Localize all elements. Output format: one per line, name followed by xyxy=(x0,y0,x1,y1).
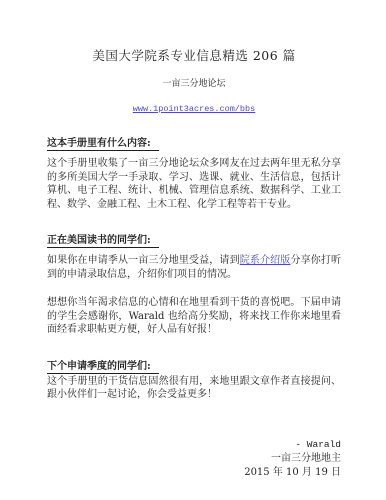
section-contents: 这本手册里有什么内容: 这个手册里收集了一亩三分地论坛众多网友在过去两年里无私分… xyxy=(47,131,341,211)
section-applying-body: 这个手册里的干货信息固然很有用，来地里跟文章作者直接提问、跟小伙伴们一起讨论，你… xyxy=(47,375,341,402)
section-contents-heading: 这本手册里有什么内容: xyxy=(47,137,159,151)
section-contents-body: 这个手册里收集了一亩三分地论坛众多网友在过去两年里无私分享的多所美国大学一手录取… xyxy=(47,157,341,211)
section-studying-para1: 如果你在申请季从一亩三分地里受益，请到院系介绍版分享你打听到的申请录取信息，介绍… xyxy=(47,254,341,281)
section-applying: 下个申请季度的同学们: 这个手册里的干货信息固然很有用，来地里跟文章作者直接提问… xyxy=(47,354,341,402)
section-applying-heading: 下个申请季度的同学们: xyxy=(47,360,159,374)
document-page: 美国大学院系专业信息精选 206 篇 一亩三分地论坛 www.1point3ac… xyxy=(0,0,386,500)
signature-block: - Warald 一亩三分地地主 2015 年 10 月 19 日 xyxy=(47,438,341,480)
section-studying-heading: 正在美国读书的同学们: xyxy=(47,234,159,248)
link-row: www.1point3acres.com/bbs xyxy=(47,96,341,115)
signature-role: 一亩三分地地主 xyxy=(47,452,341,466)
signature-date: 2015 年 10 月 19 日 xyxy=(47,466,341,480)
document-title: 美国大学院系专业信息精选 206 篇 xyxy=(47,46,341,64)
forum-url-link[interactable]: www.1point3acres.com/bbs xyxy=(133,104,255,114)
document-content: 美国大学院系专业信息精选 206 篇 一亩三分地论坛 www.1point3ac… xyxy=(47,46,341,480)
para1-text-before: 如果你在申请季从一亩三分地里受益，请到 xyxy=(47,255,240,266)
signature-name: - Warald xyxy=(47,438,341,452)
section-studying: 正在美国读书的同学们: 如果你在申请季从一亩三分地里受益，请到院系介绍版分享你打… xyxy=(47,228,341,337)
board-intro-link[interactable]: 院系介绍版 xyxy=(240,255,291,266)
forum-subtitle: 一亩三分地论坛 xyxy=(47,76,341,89)
section-studying-para2: 想想你当年渴求信息的心情和在地里看到干货的喜悦吧。下届申请的学生会感谢你，War… xyxy=(47,296,341,337)
